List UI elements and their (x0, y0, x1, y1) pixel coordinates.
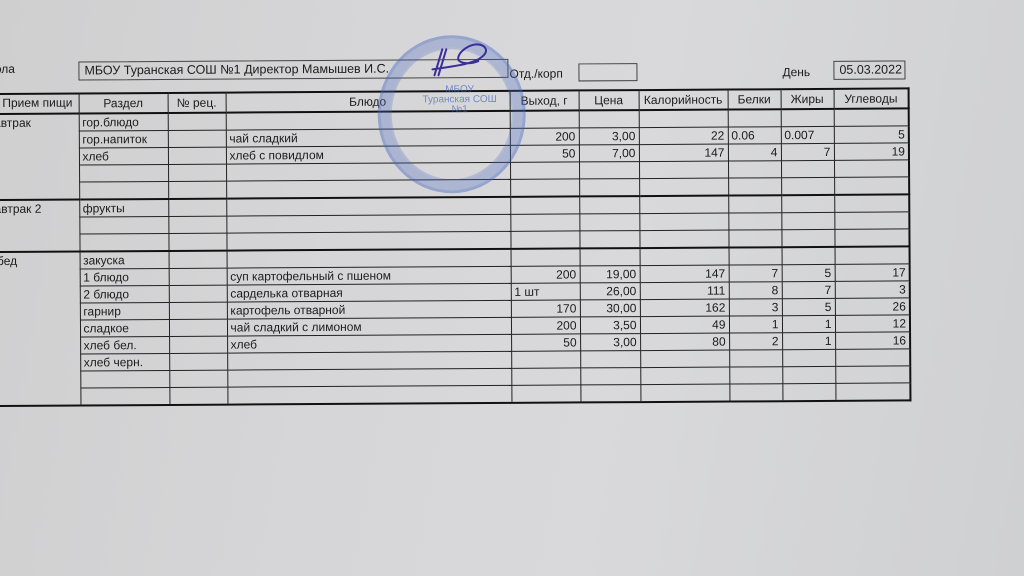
cell-output (511, 248, 580, 266)
cell-recipe (168, 216, 226, 233)
cell-section (79, 164, 168, 182)
cell-dish (226, 231, 510, 250)
column-header: Жиры (781, 89, 834, 109)
cell-recipe (169, 370, 227, 387)
cell-proteins: 3 (729, 299, 782, 316)
cell-fats (782, 366, 835, 383)
cell-carbs: 19 (834, 143, 909, 160)
day-label: День (782, 65, 810, 79)
cell-recipe (168, 233, 226, 251)
cell-dish: чай сладкий с лимоном (227, 317, 511, 336)
column-header: Выход, г (510, 90, 579, 110)
column-header: Прием пищи (0, 93, 79, 114)
cell-output (510, 110, 579, 128)
cell-output (510, 214, 579, 231)
cell-carbs (835, 349, 910, 366)
cell-output (511, 385, 580, 403)
cell-recipe (168, 199, 226, 217)
cell-calories: 147 (640, 265, 729, 283)
cell-recipe (169, 336, 227, 353)
cell-fats (781, 109, 834, 127)
cell-proteins (729, 367, 782, 384)
cell-section: гор.напиток (79, 130, 168, 148)
cell-calories (640, 367, 729, 385)
cell-proteins: 2 (729, 333, 782, 350)
cell-price: 3,50 (580, 317, 640, 334)
cell-recipe (168, 181, 226, 199)
cell-calories (640, 248, 729, 266)
cell-carbs (834, 108, 909, 126)
cell-price: 3,00 (579, 128, 639, 145)
column-header: Углеводы (834, 88, 909, 108)
cell-section: фрукты (79, 199, 168, 217)
cell-fats (782, 383, 835, 401)
cell-proteins (729, 384, 782, 402)
cell-carbs: 16 (835, 332, 910, 349)
cell-fats: 7 (781, 143, 834, 160)
cell-output (510, 231, 579, 249)
day-field: 05.03.2022 (833, 60, 905, 79)
cell-recipe (169, 353, 227, 370)
cell-dish (226, 214, 510, 233)
column-header: Калорийность (639, 90, 728, 111)
cell-output: 50 (510, 145, 579, 162)
cell-recipe (169, 285, 227, 302)
cell-recipe (168, 164, 226, 181)
cell-carbs (835, 383, 910, 401)
meal-name: Обед (0, 251, 80, 405)
cell-dish: хлеб (227, 334, 511, 353)
cell-proteins (729, 350, 782, 367)
cell-proteins (728, 213, 781, 230)
cell-carbs (834, 229, 909, 247)
cell-section: 1 блюдо (80, 268, 169, 286)
cell-dish (226, 162, 510, 181)
cell-recipe (169, 302, 227, 319)
cell-recipe (169, 319, 227, 336)
cell-fats: 0.007 (781, 126, 834, 143)
cell-section: гарнир (80, 302, 169, 320)
cell-carbs: 3 (835, 281, 910, 298)
cell-fats: 1 (782, 332, 835, 349)
cell-dish (227, 249, 511, 268)
cell-fats (781, 177, 834, 195)
cell-output: 1 шт (511, 283, 580, 300)
cell-recipe (169, 251, 227, 269)
cell-fats: 1 (782, 315, 835, 332)
cell-calories (639, 110, 728, 128)
cell-dish (227, 351, 511, 370)
cell-section: хлеб (79, 147, 168, 165)
cell-output: 200 (511, 266, 580, 283)
cell-section (80, 387, 169, 405)
school-field: МБОУ Туранская СОШ №1 Директор Мамышев И… (78, 59, 508, 81)
cell-carbs (835, 366, 910, 383)
cell-recipe (168, 147, 226, 164)
cell-output: 200 (510, 128, 579, 145)
cell-section: 2 блюдо (80, 285, 169, 303)
cell-dish (226, 197, 510, 216)
dept-label: Отд./корп (509, 67, 562, 81)
cell-price (579, 196, 639, 214)
cell-recipe (168, 130, 226, 147)
cell-fats (781, 160, 834, 177)
cell-proteins (728, 178, 781, 196)
cell-recipe (168, 113, 226, 131)
cell-price: 3,00 (580, 334, 640, 351)
cell-proteins (728, 195, 781, 213)
cell-proteins (728, 161, 781, 178)
school-label: Школа (0, 62, 15, 76)
cell-calories (639, 213, 728, 231)
column-header: Раздел (79, 93, 168, 114)
cell-dish: картофель отварной (227, 300, 511, 319)
cell-fats (781, 229, 834, 247)
cell-calories: 80 (640, 333, 729, 351)
cell-price (579, 214, 639, 231)
cell-fats (782, 349, 835, 366)
cell-calories (639, 196, 728, 214)
cell-calories: 111 (640, 282, 729, 300)
cell-section (79, 233, 168, 251)
cell-calories: 162 (640, 299, 729, 317)
cell-carbs: 5 (834, 126, 909, 143)
cell-proteins: 4 (728, 144, 781, 161)
cell-price (580, 248, 640, 266)
meal-name: Завтрак 2 (0, 199, 80, 251)
cell-output (510, 162, 579, 179)
dept-field (578, 63, 637, 81)
cell-price: 7,00 (579, 145, 639, 162)
cell-carbs (834, 212, 909, 229)
cell-output (511, 368, 580, 385)
column-header: Цена (579, 90, 639, 110)
cell-calories (640, 350, 729, 368)
cell-fats: 5 (782, 298, 835, 315)
cell-section: закуска (80, 251, 169, 269)
cell-proteins: 8 (729, 282, 782, 299)
cell-proteins: 1 (729, 316, 782, 333)
cell-carbs: 17 (835, 264, 910, 281)
cell-price: 26,00 (580, 283, 640, 300)
cell-carbs (834, 177, 909, 195)
cell-dish (226, 179, 510, 198)
cell-recipe (169, 268, 227, 285)
cell-carbs (835, 246, 910, 264)
cell-calories: 49 (640, 316, 729, 334)
cell-calories: 147 (639, 144, 728, 162)
cell-proteins (728, 230, 781, 248)
menu-table: Прием пищиРаздел№ рец.БлюдоВыход, гЦенаК… (0, 87, 911, 407)
cell-price (579, 179, 639, 197)
cell-recipe (169, 387, 227, 405)
column-header: № рец. (168, 93, 226, 113)
cell-carbs (834, 160, 909, 177)
column-header: Белки (728, 89, 781, 109)
cell-dish: сарделька отварная (227, 283, 511, 302)
cell-fats (781, 212, 834, 229)
cell-price (580, 385, 640, 403)
cell-calories (639, 178, 728, 196)
cell-output (511, 351, 580, 368)
cell-section: сладкое (80, 319, 169, 337)
cell-section (79, 181, 168, 199)
column-header: Блюдо (226, 91, 510, 113)
cell-section: хлеб бел. (80, 336, 169, 354)
cell-output: 170 (511, 300, 580, 317)
cell-section (79, 216, 168, 234)
cell-output: 200 (511, 317, 580, 334)
cell-price: 19,00 (580, 266, 640, 283)
cell-fats: 7 (782, 281, 835, 298)
cell-section (80, 370, 169, 388)
cell-output (510, 196, 579, 214)
cell-calories (640, 384, 729, 402)
cell-fats (781, 195, 834, 213)
cell-calories (639, 230, 728, 248)
cell-price (580, 368, 640, 385)
cell-proteins (728, 109, 781, 127)
cell-proteins: 7 (729, 265, 782, 282)
cell-section: хлеб черн. (80, 353, 169, 371)
cell-calories (639, 161, 728, 179)
menu-sheet: Школа МБОУ Туранская СОШ №1 Директор Мам… (0, 0, 1024, 576)
cell-proteins: 0.06 (728, 127, 781, 144)
cell-price (579, 231, 639, 249)
cell-dish: чай сладкий (226, 128, 510, 147)
cell-dish (227, 385, 511, 404)
cell-fats (782, 247, 835, 265)
cell-fats: 5 (782, 264, 835, 281)
cell-dish (227, 368, 511, 387)
meal-name: Завтрак (0, 113, 79, 199)
cell-output: 50 (511, 334, 580, 351)
cell-dish: суп картофельный с пшеном (227, 266, 511, 285)
cell-section: гор.блюдо (79, 113, 168, 131)
cell-proteins (729, 247, 782, 265)
cell-carbs: 26 (835, 298, 910, 315)
cell-output (510, 179, 579, 197)
cell-price: 30,00 (580, 300, 640, 317)
cell-dish: хлеб с повидлом (226, 145, 510, 164)
cell-price (579, 110, 639, 128)
cell-carbs: 12 (835, 315, 910, 332)
cell-dish (226, 111, 510, 130)
cell-calories: 22 (639, 127, 728, 145)
cell-price (579, 162, 639, 179)
cell-carbs (834, 194, 909, 212)
cell-price (580, 351, 640, 368)
